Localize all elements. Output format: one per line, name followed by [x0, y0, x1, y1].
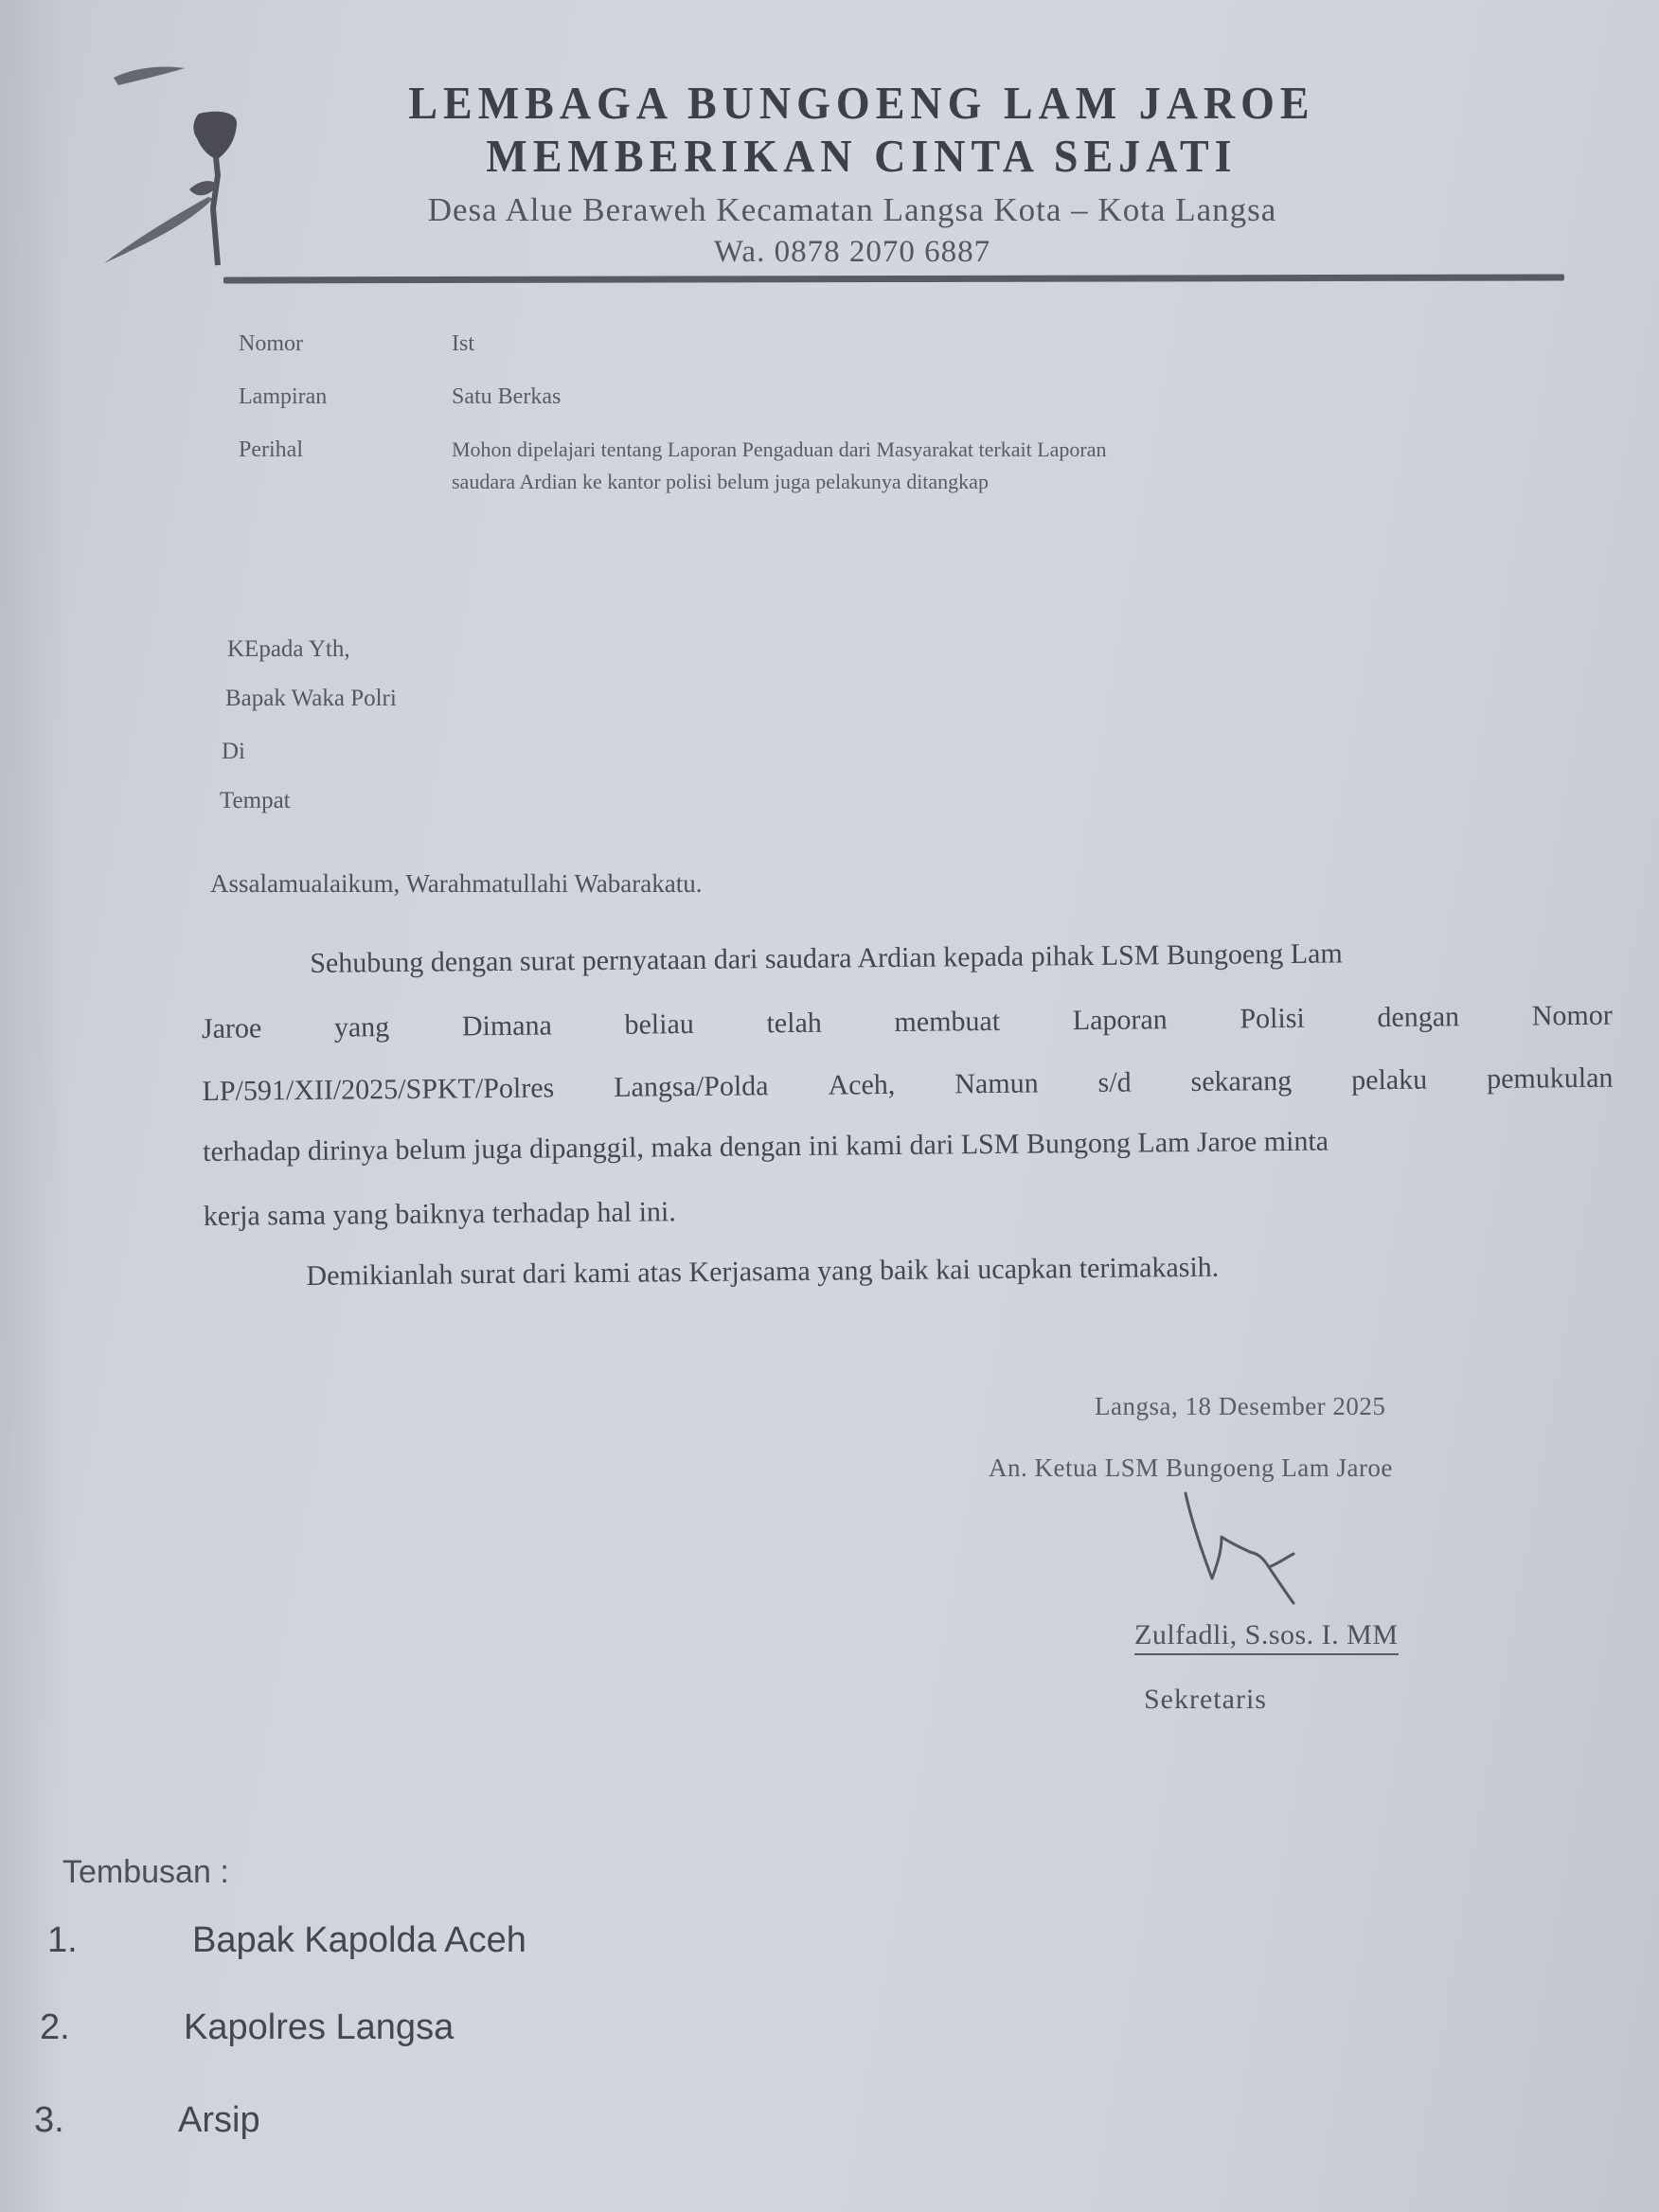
body-word: membuat [894, 1006, 1000, 1039]
place-date: Langsa, 18 Desember 2025 [1095, 1392, 1385, 1421]
body-word: Dimana [462, 1009, 552, 1043]
paper-edge-shadow [0, 0, 66, 2212]
meta-label: Lampiran [239, 384, 327, 410]
meta-label: Nomor [239, 331, 303, 357]
org-address: Desa Alue Beraweh Kecamatan Langsa Kota … [284, 191, 1420, 229]
meta-label: Perihal [239, 437, 303, 463]
recipient-line: Di [222, 739, 245, 765]
body-word: sekarang [1190, 1065, 1292, 1098]
recipient-line: Tempat [220, 788, 291, 814]
signatory-name: Zulfadli, S.sos. I. MM [1134, 1619, 1399, 1655]
tembusan-number: 2. [40, 2007, 70, 2048]
rose-flower-icon [76, 57, 237, 284]
body-word: Jaroe [202, 1012, 262, 1045]
org-name: LEMBAGA BUNGOENG LAM JAROE [350, 77, 1373, 130]
meta-value: Mohon dipelajari tentang Laporan Pengadu… [452, 437, 1107, 462]
org-phone: Wa. 0878 2070 6887 [473, 235, 1231, 270]
tembusan-text: Arsip [178, 2100, 260, 2141]
recipient-line: KEpada Yth, [227, 636, 350, 663]
tembusan-heading: Tembusan : [62, 1854, 229, 1891]
body-word: pelaku [1351, 1064, 1427, 1097]
tembusan-number: 3. [34, 2100, 64, 2141]
body-line: kerja sama yang baiknya terhadap hal ini… [204, 1196, 676, 1233]
signatory-role: Sekretaris [1144, 1684, 1267, 1716]
meta-value: Ist [452, 331, 474, 357]
tembusan-number: 1. [47, 1920, 78, 1961]
body-word: telah [766, 1008, 822, 1041]
body-word: pemukulan [1487, 1062, 1614, 1096]
meta-value: Satu Berkas [452, 384, 561, 410]
meta-perihal-continuation: saudara Ardian ke kantor polisi belum ju… [452, 470, 989, 494]
body-word: beliau [624, 1008, 694, 1042]
body-word: Polisi [1240, 1003, 1305, 1036]
org-tagline: MEMBERIKAN CINTA SEJATI [350, 130, 1373, 183]
body-word: s/d [1097, 1067, 1131, 1099]
signatory-on-behalf: An. Ketua LSM Bungoeng Lam Jaroe [989, 1454, 1393, 1483]
tembusan-text: Bapak Kapolda Aceh [192, 1920, 526, 1961]
body-word: dengan [1377, 1001, 1459, 1034]
body-word: Laporan [1073, 1004, 1168, 1037]
body-word: Langsa/Polda [614, 1070, 769, 1104]
body-word: yang [334, 1011, 390, 1044]
body-word: Nomor [1532, 1000, 1613, 1033]
greeting: Assalamualaikum, Warahmatullahi Wabaraka… [210, 869, 703, 899]
body-word: Namun [954, 1068, 1039, 1101]
recipient-line: Bapak Waka Polri [225, 686, 397, 712]
body-word: LP/591/XII/2025/SPKT/Polres [202, 1072, 554, 1108]
tembusan-text: Kapolres Langsa [184, 2007, 454, 2048]
body-word: Aceh, [828, 1069, 895, 1102]
